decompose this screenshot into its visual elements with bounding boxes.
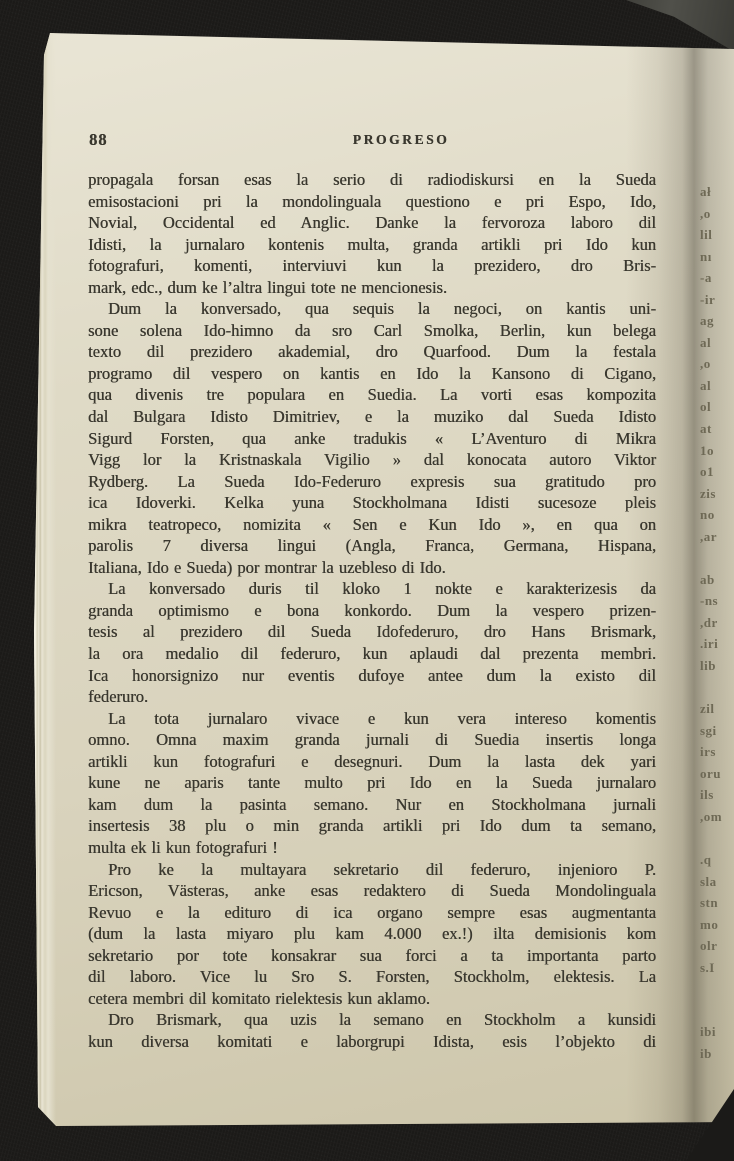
text-line: dil laboro. Vice lu Sro S. Forsten, Stoc… <box>88 966 656 988</box>
show-through-line <box>700 978 734 1000</box>
show-through-line <box>700 547 734 569</box>
text-line: Ica honorsignizo nur eventis dufoye ante… <box>88 665 656 687</box>
page-fore-edge <box>30 33 56 1126</box>
show-through-text: ał,olilnı-a-iragal,oalolat1oo1zisno,arab… <box>700 181 734 1064</box>
show-through-line: -a <box>700 267 734 289</box>
text-line: Dro Brismark, qua uzis la semano en Stoc… <box>88 1009 656 1031</box>
show-through-line: ,ar <box>700 526 734 548</box>
text-line: cetera membri dil komitato rielektesis k… <box>88 988 656 1010</box>
text-line: Revuo e la edituro di ica organo sempre … <box>88 902 656 924</box>
paragraph: Dum la konversado, qua sequis la negoci,… <box>88 298 656 578</box>
text-line: la ora medalio dil federuro, kun aplaudi… <box>88 643 656 665</box>
show-through-line: oru <box>700 763 734 785</box>
show-through-line: zis <box>700 483 734 505</box>
show-through-line: ,om <box>700 806 734 828</box>
text-line: Novial, Occidental ed Anglic. Danke la f… <box>88 212 656 234</box>
text-line: sekretario por tote konsakrar sua forci … <box>88 945 656 967</box>
text-line: Vigg lor la Kristnaskala Vigilio » dal k… <box>88 449 656 471</box>
text-line: propagala forsan esas la serio di radiod… <box>88 169 656 191</box>
show-through-line: ol <box>700 396 734 418</box>
show-through-line: ag <box>700 310 734 332</box>
show-through-line: lil <box>700 224 734 246</box>
show-through-line: al <box>700 375 734 397</box>
show-through-line: -ns <box>700 590 734 612</box>
text-line: artikli kun fotografuri e desegnuri. Dum… <box>88 751 656 773</box>
text-line: Sigurd Forsten, qua anke tradukis « L’Av… <box>88 428 656 450</box>
show-through-line: ab <box>700 569 734 591</box>
text-line: omno. Omna maxim granda jurnali di Suedi… <box>88 729 656 751</box>
text-line: tesis al prezidero dil Sueda Idofederuro… <box>88 621 656 643</box>
text-line: Italiana, Ido e Sueda) por montrar la uz… <box>88 557 656 579</box>
show-through-line: ,o <box>700 203 734 225</box>
paragraph: Pro ke la multayara sekretario dil feder… <box>88 859 656 1010</box>
show-through-line: stn <box>700 892 734 914</box>
text-line: ica Idoverki. Kelka yuna Stockholmana Id… <box>88 492 656 514</box>
text-line: sone solena Ido-himno da sro Carl Smolka… <box>88 320 656 342</box>
text-line: programo dil vespero on kantis en Ido la… <box>88 363 656 385</box>
text-line: insertesis 38 plu o min granda artikli p… <box>88 815 656 837</box>
text-line: fotografuri, komenti, interviuvi kun la … <box>88 255 656 277</box>
show-through-line: sla <box>700 871 734 893</box>
text-line: Idisti, la jurnalaro kontenis multa, gra… <box>88 234 656 256</box>
show-through-line: 1o <box>700 440 734 462</box>
show-through-line: no <box>700 504 734 526</box>
text-line: qua divenis tre populara en Suedia. La v… <box>88 384 656 406</box>
text-line: kun diversa komitati e laborgrupi Idista… <box>88 1031 656 1053</box>
show-through-line: ils <box>700 784 734 806</box>
text-line: La konversado duris til kloko 1 nokte e … <box>88 578 656 600</box>
text-line: mark, edc., dum ke l’altra lingui tote n… <box>88 277 656 299</box>
show-through-line: at <box>700 418 734 440</box>
text-line: kam dum la pasinta semano. Nur en Stockh… <box>88 794 656 816</box>
show-through-line: ał <box>700 181 734 203</box>
show-through-line: olr <box>700 935 734 957</box>
show-through-line: o1 <box>700 461 734 483</box>
text-line: granda optimismo e bona konkordo. Dum la… <box>88 600 656 622</box>
running-title: PROGRESO <box>88 132 714 148</box>
paragraph: La konversado duris til kloko 1 nokte e … <box>88 578 656 707</box>
show-through-line: ib <box>700 1043 734 1065</box>
show-through-line: irs <box>700 741 734 763</box>
text-line: emisostacioni pri la mondolinguala quest… <box>88 191 656 213</box>
text-line: Pro ke la multayara sekretario dil feder… <box>88 859 656 881</box>
paragraph: La tota jurnalaro vivace e kun vera inte… <box>88 708 656 859</box>
text-line: Ericson, Västeras, anke esas redaktero d… <box>88 880 656 902</box>
book-scan: 88 PROGRESO propagala forsan esas la ser… <box>0 0 734 1161</box>
show-through-line: mo <box>700 914 734 936</box>
show-through-line: -ir <box>700 289 734 311</box>
show-through-line: sgi <box>700 720 734 742</box>
text-line: mikra teatropeco, nomizita « Sen e Kun I… <box>88 514 656 536</box>
text-line: Rydberg. La Sueda Ido-Federuro expresis … <box>88 471 656 493</box>
text-line: parolis 7 diversa lingui (Angla, Franca,… <box>88 535 656 557</box>
text-line: La tota jurnalaro vivace e kun vera inte… <box>88 708 656 730</box>
text-line: dal Bulgara Idisto Dimitriev, e la muzik… <box>88 406 656 428</box>
show-through-line: zil <box>700 698 734 720</box>
show-through-line: al <box>700 332 734 354</box>
page-header: 88 PROGRESO <box>88 130 656 150</box>
show-through-line <box>700 1000 734 1022</box>
show-through-line: s.I <box>700 957 734 979</box>
show-through-line: .q <box>700 849 734 871</box>
text-line: multa ek li kun fotografuri ! <box>88 837 656 859</box>
page-content: 88 PROGRESO propagala forsan esas la ser… <box>88 130 656 1052</box>
show-through-line <box>700 827 734 849</box>
body-text: propagala forsan esas la serio di radiod… <box>88 169 656 1052</box>
paragraph: propagala forsan esas la serio di radiod… <box>88 169 656 298</box>
show-through-line: lib <box>700 655 734 677</box>
book-page: 88 PROGRESO propagala forsan esas la ser… <box>30 33 734 1126</box>
show-through-line: ,dr <box>700 612 734 634</box>
text-line: Dum la konversado, qua sequis la negoci,… <box>88 298 656 320</box>
show-through-line: ibi <box>700 1021 734 1043</box>
text-line: kune ne aparis tante multo pri Ido en la… <box>88 772 656 794</box>
text-line: federuro. <box>88 686 656 708</box>
show-through-line <box>700 677 734 699</box>
paragraph: Dro Brismark, qua uzis la semano en Stoc… <box>88 1009 656 1052</box>
text-line: texto dil prezidero akademial, dro Quarf… <box>88 341 656 363</box>
show-through-line: .iri <box>700 633 734 655</box>
show-through-line: nı <box>700 246 734 268</box>
show-through-line: ,o <box>700 353 734 375</box>
text-line: (dum la lasta miyaro plu kam 4.000 ex.!)… <box>88 923 656 945</box>
